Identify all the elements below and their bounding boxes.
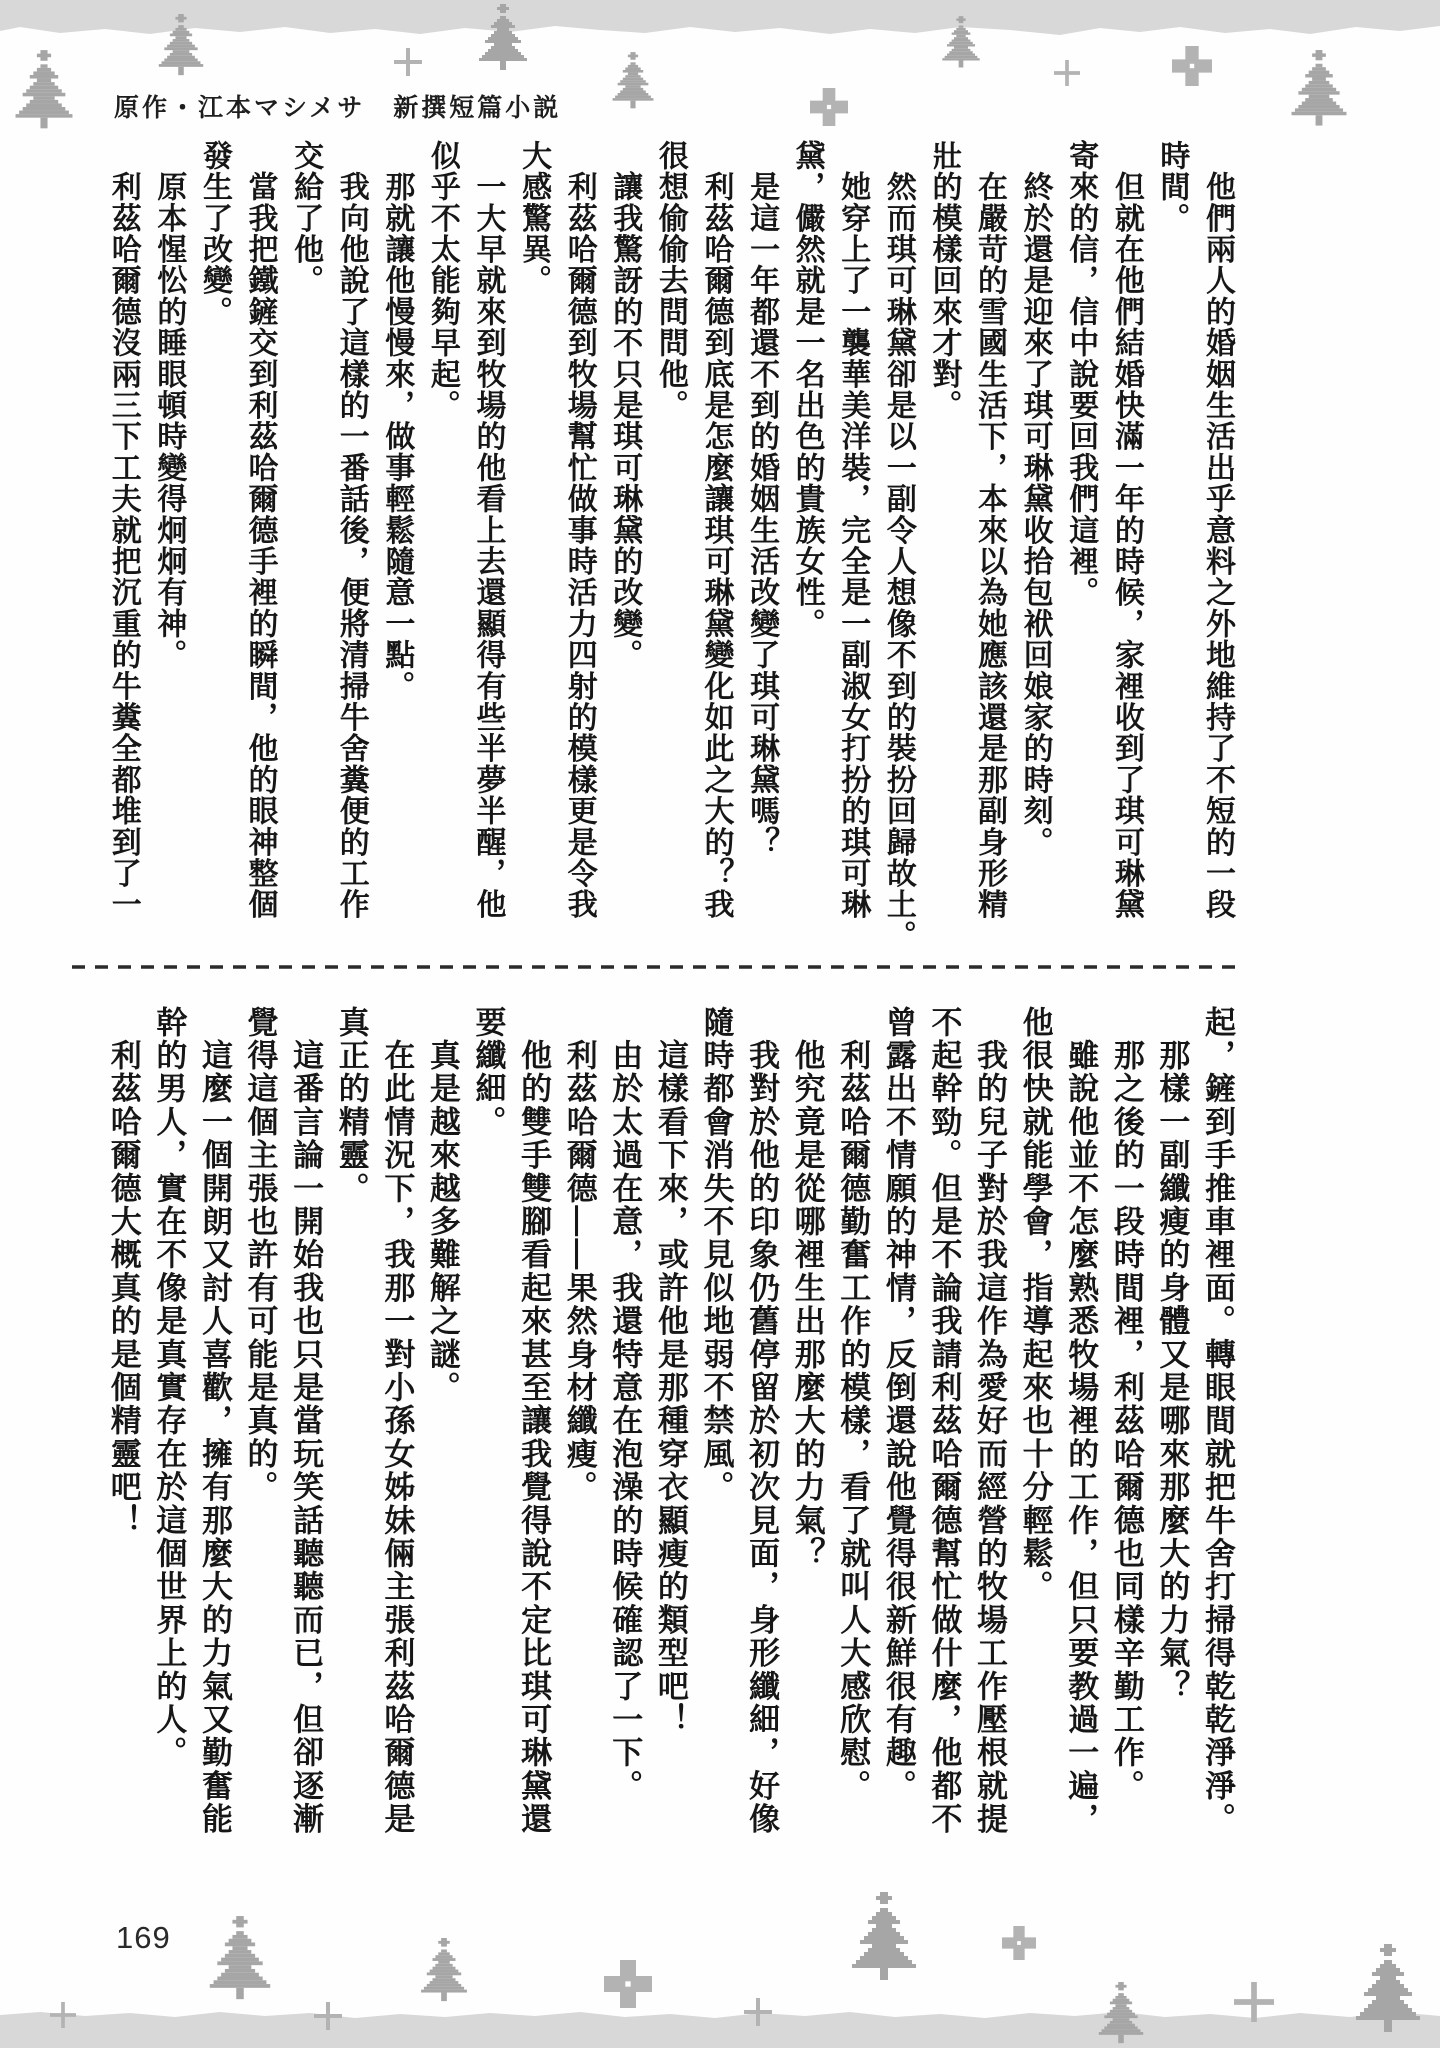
text-column: 曾露出不情願的神情，反倒還說他覺得很新鮮很有趣。: [875, 1006, 921, 1880]
snowflake-icon: [1172, 46, 1212, 86]
text-column: 利茲哈爾德沒兩三下工夫就把沉重的牛糞全都堆到了一: [100, 140, 146, 952]
text-column: 真是越來越多難解之謎。: [419, 1006, 465, 1880]
page-number: 169: [116, 1920, 171, 1956]
text-column: 她穿上了一襲華美洋裝，完全是一副淑女打扮的琪可琳: [830, 140, 876, 952]
plus-icon: [1054, 60, 1080, 86]
tree-icon: [610, 52, 656, 111]
snowflake-icon: [1002, 1926, 1036, 1960]
text-column: 利茲哈爾德大概真的是個精靈吧！: [100, 1006, 146, 1880]
story-block-bottom: 起，鏟到手推車裡面。轉眼間就把牛舍打掃得乾乾淨淨。 那樣一副纖瘦的身體又是哪來那…: [100, 1006, 1240, 1880]
snow-band-bottom: [0, 2004, 1440, 2048]
tree-icon: [12, 50, 76, 132]
text-column: 他的雙手雙腳看起來甚至讓我覺得說不定比琪可琳黛還: [511, 1006, 557, 1880]
text-column: 這樣看下來，或許他是那種穿衣顯瘦的類型吧！: [647, 1006, 693, 1880]
story-block-top: 他們兩人的婚姻生活出乎意料之外地維持了不短的一段時間。 但就在他們結婚快滿一年的…: [100, 140, 1240, 952]
text-column: 似乎不太能夠早起。: [419, 140, 465, 952]
text-column: 這番言論一開始我也只是當玩笑話聽聽而已，但卻逐漸: [283, 1006, 329, 1880]
text-column: 是這一年都還不到的婚姻生活改變了琪可琳黛嗎？: [738, 140, 784, 952]
text-column: 起，鏟到手推車裡面。轉眼間就把牛舍打掃得乾乾淨淨。: [1194, 1006, 1240, 1880]
text-column: 很想偷偷去問問他。: [647, 140, 693, 952]
plus-icon: [394, 48, 422, 76]
text-column: 在嚴苛的雪國生活下，本來以為她應該還是那副身形精: [966, 140, 1012, 952]
text-column: 在此情況下，我那一對小孫女姊妹倆主張利茲哈爾德是: [374, 1006, 420, 1880]
snowflake-icon: [810, 88, 848, 126]
text-column: 由於太過在意，我還特意在泡澡的時候確認了一下。: [602, 1006, 648, 1880]
text-column: 利茲哈爾德到牧場幫忙做事時活力四射的模樣更是令我: [556, 140, 602, 952]
text-column: 利茲哈爾德勤奮工作的模樣，看了就叫人大感欣慰。: [830, 1006, 876, 1880]
tree-icon: [1288, 50, 1350, 129]
tree-icon: [418, 1938, 470, 2004]
text-column: 利茲哈爾德——果然身材纖瘦。: [556, 1006, 602, 1880]
text-column: 真正的精靈。: [328, 1006, 374, 1880]
text-column: 時間。: [1149, 140, 1195, 952]
snowflake-icon: [604, 1960, 652, 2008]
text-column: 終於還是迎來了琪可琳黛收拾包袱回娘家的時刻。: [1012, 140, 1058, 952]
text-column: 我對於他的印象仍舊停留於初次見面，身形纖細，好像: [738, 1006, 784, 1880]
book-page: 原作・江本マシメサ 新撰短篇小説 他們兩人的婚姻生活出乎意料之外地維持了不短的一…: [0, 0, 1440, 2048]
text-column: 壯的模樣回來才對。: [921, 140, 967, 952]
text-column: 發生了改變。: [191, 140, 237, 952]
snow-band-top: [0, 0, 1440, 44]
text-column: 寄來的信，信中說要回我們這裡。: [1058, 140, 1104, 952]
text-column: 利茲哈爾德到底是怎麼讓琪可琳黛變化如此之大的？我: [693, 140, 739, 952]
text-column: 讓我驚訝的不只是琪可琳黛的改變。: [602, 140, 648, 952]
text-column: 當我把鐵鏟交到利茲哈爾德手裡的瞬間，他的眼神整個: [237, 140, 283, 952]
text-column: 原本惺忪的睡眼頓時變得炯炯有神。: [146, 140, 192, 952]
text-column: 那樣一副纖瘦的身體又是哪來那麼大的力氣？: [1149, 1006, 1195, 1880]
text-column: 黛，儼然就是一名出色的貴族女性。: [784, 140, 830, 952]
text-column: 然而琪可琳黛卻是以一副令人想像不到的裝扮回歸故土。: [875, 140, 921, 952]
text-column: 這麼一個開朗又討人喜歡，擁有那麼大的力氣又勤奮能: [191, 1006, 237, 1880]
section-divider: [72, 964, 1238, 970]
text-column: 他究竟是從哪裡生出那麼大的力氣？: [784, 1006, 830, 1880]
text-column: 他很快就能學會，指導起來也十分輕鬆。: [1012, 1006, 1058, 1880]
text-column: 隨時都會消失不見似地弱不禁風。: [693, 1006, 739, 1880]
text-column: 覺得這個主張也許有可能是真的。: [237, 1006, 283, 1880]
text-column: 幹的男人，實在不像是真實存在於這個世界上的人。: [146, 1006, 192, 1880]
text-column: 要纖細。: [465, 1006, 511, 1880]
text-column: 我向他說了這樣的一番話後，便將清掃牛舍糞便的工作: [328, 140, 374, 952]
text-column: 不起幹勁。但是不論我請利茲哈爾德幫忙做什麼，他都不: [921, 1006, 967, 1880]
text-column: 但就在他們結婚快滿一年的時候，家裡收到了琪可琳黛: [1103, 140, 1149, 952]
text-column: 我的兒子對於我這作為愛好而經營的牧場工作壓根就提: [966, 1006, 1012, 1880]
text-column: 他們兩人的婚姻生活出乎意料之外地維持了不短的一段: [1194, 140, 1240, 952]
text-column: 大感驚異。: [511, 140, 557, 952]
tree-icon: [848, 1892, 920, 1984]
text-column: 一大早就來到牧場的他看上去還顯得有些半夢半醒，他: [465, 140, 511, 952]
tree-icon: [206, 1916, 274, 2003]
text-column: 雖說他並不怎麼熟悉牧場裡的工作，但只要教過一遍，: [1058, 1006, 1104, 1880]
text-column: 那就讓他慢慢來，做事輕鬆隨意一點。: [374, 140, 420, 952]
text-column: 交給了他。: [283, 140, 329, 952]
page-header: 原作・江本マシメサ 新撰短篇小説: [114, 88, 561, 124]
text-column: 那之後的一段時間裡，利茲哈爾德也同樣辛勤工作。: [1103, 1006, 1149, 1880]
